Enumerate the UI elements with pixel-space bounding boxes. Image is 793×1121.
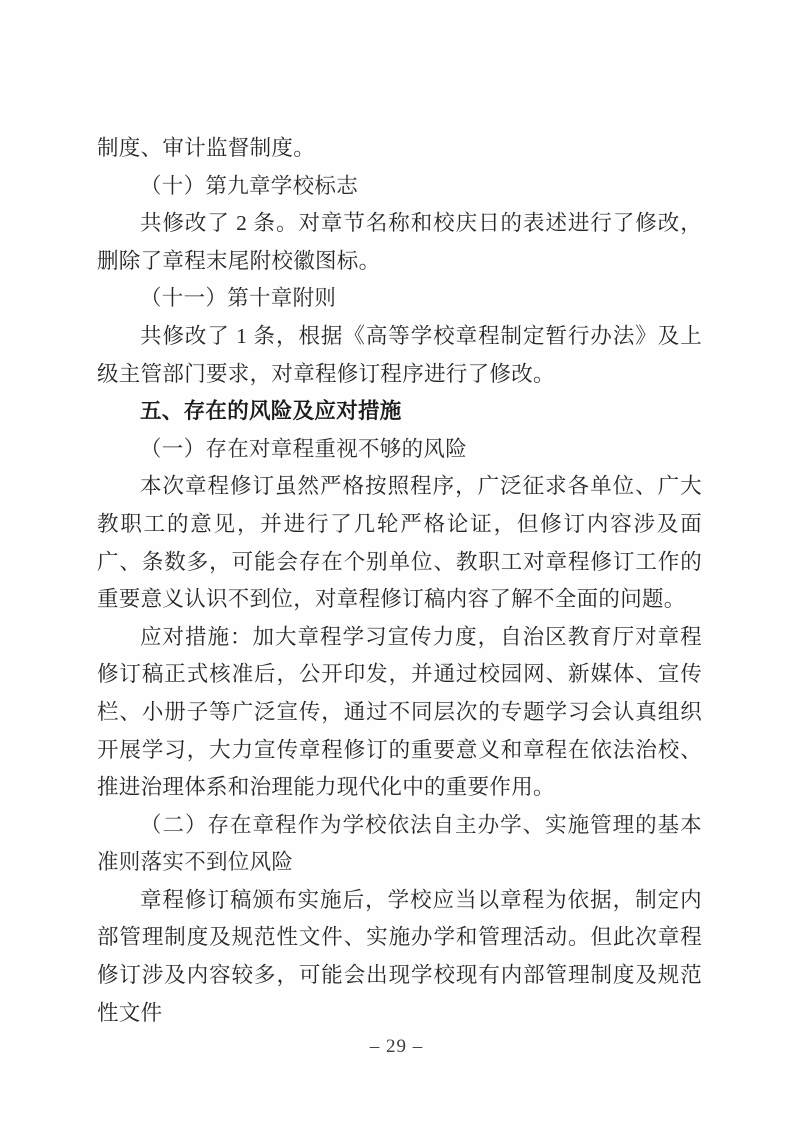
page-number: – 29 – xyxy=(370,1036,424,1057)
paragraph-section-eleven: 共修改了 1 条，根据《高等学校章程制定暂行办法》及上级主管部门要求，对章程修订… xyxy=(97,318,702,393)
paragraph-section-ten: 共修改了 2 条。对章节名称和校庆日的表述进行了修改，删除了章程末尾附校徽图标。 xyxy=(97,205,702,280)
paragraph-risk-two: 章程修订稿颁布实施后，学校应当以章程为依据，制定内部管理制度及规范性文件、实施办… xyxy=(97,882,702,1032)
subheading-risk-two: （二）存在章程作为学校依法自主办学、实施管理的基本准则落实不到位风险 xyxy=(97,807,702,882)
subheading-section-ten: （十）第九章学校标志 xyxy=(97,168,702,206)
subheading-risk-one: （一）存在对章程重视不够的风险 xyxy=(97,431,702,469)
heading-section-five: 五、存在的风险及应对措施 xyxy=(97,393,702,431)
document-page: 制度、审计监督制度。 （十）第九章学校标志 共修改了 2 条。对章节名称和校庆日… xyxy=(0,0,793,1121)
paragraph-continuation: 制度、审计监督制度。 xyxy=(97,130,702,168)
document-body: 制度、审计监督制度。 （十）第九章学校标志 共修改了 2 条。对章节名称和校庆日… xyxy=(97,130,702,1032)
paragraph-countermeasure-one: 应对措施：加大章程学习宣传力度，自治区教育厅对章程修订稿正式核准后，公开印发，并… xyxy=(97,619,702,807)
subheading-section-eleven: （十一）第十章附则 xyxy=(97,280,702,318)
page-footer: – 29 – xyxy=(0,1033,793,1061)
paragraph-risk-one: 本次章程修订虽然严格按照程序，广泛征求各单位、广大教职工的意见，并进行了几轮严格… xyxy=(97,468,702,618)
